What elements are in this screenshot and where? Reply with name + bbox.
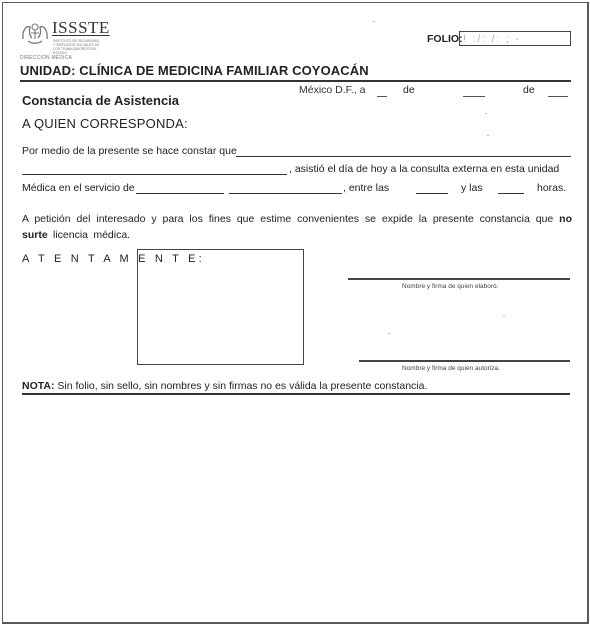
month-blank[interactable]: [463, 96, 485, 97]
body-line-3-ylas: y las: [461, 182, 483, 194]
day-blank[interactable]: [377, 96, 387, 97]
body-line-2: , asistió el día de hoy a la consulta ex…: [289, 163, 559, 175]
issste-logo: ISSSTE INSTITUTO DE SEGURIDAD Y SERVICIO…: [20, 17, 130, 57]
paragraph-end: licencia médica.: [48, 229, 130, 241]
body-line-3-start: Médica en el servicio de: [22, 182, 135, 194]
paragraph-start: A petición del interesado y para los fin…: [22, 213, 559, 225]
prepared-by-signature-line[interactable]: [348, 278, 570, 280]
date-de-2: de: [523, 84, 535, 96]
note-divider: [22, 393, 570, 395]
patient-name-blank-continued[interactable]: [22, 174, 287, 175]
note-label: NOTA:: [22, 380, 54, 392]
document-title: Constancia de Asistencia: [22, 93, 179, 108]
institution-name: ISSSTE: [52, 18, 110, 38]
request-paragraph: A petición del interesado y para los fin…: [22, 211, 572, 243]
body-line-1: Por medio de la presente se hace constar…: [22, 145, 237, 157]
body-line-3-horas: horas.: [537, 182, 566, 194]
date-de-1: de: [403, 84, 415, 96]
prepared-by-label: Nombre y firma de quien elaboró.: [402, 283, 498, 290]
folio-label: FOLIO:: [427, 33, 463, 45]
unit-heading: UNIDAD: CLÍNICA DE MEDICINA FAMILIAR COY…: [20, 63, 369, 78]
issste-hands-emblem-icon: [20, 19, 50, 45]
place-date-label: México D.F., a: [299, 84, 366, 96]
patient-name-blank[interactable]: [236, 156, 571, 157]
start-time-blank[interactable]: [416, 193, 448, 194]
service-blank[interactable]: [136, 193, 224, 194]
scan-speck: [373, 21, 375, 22]
authorized-by-signature-line[interactable]: [359, 360, 570, 362]
stamp-box: [137, 249, 304, 365]
salutation: A QUIEN CORRESPONDA:: [22, 116, 188, 131]
authorized-by-label: Nombre y firma de quien autoriza.: [402, 365, 500, 372]
document-page: ISSSTE INSTITUTO DE SEGURIDAD Y SERVICIO…: [2, 2, 589, 624]
end-time-blank[interactable]: [498, 193, 524, 194]
scan-speck: [485, 113, 487, 114]
scan-speck: [503, 315, 505, 316]
scan-speck: [388, 333, 390, 334]
year-blank[interactable]: [548, 96, 568, 97]
department-name: DIRECCIÓN MÉDICA: [20, 55, 72, 61]
note-text: Sin folio, sin sello, sin nombres y sin …: [54, 380, 427, 392]
validity-note: NOTA: Sin folio, sin sello, sin nombres …: [22, 380, 427, 392]
scan-speck: [487, 135, 489, 136]
institution-subtitle: INSTITUTO DE SEGURIDAD Y SERVICIOS SOCIA…: [53, 39, 101, 55]
folio-field[interactable]: ! :/: /: ; -: [459, 31, 571, 46]
service-blank-2[interactable]: [229, 193, 342, 194]
body-line-3-entre: , entre las: [343, 182, 389, 194]
header-divider: [20, 80, 571, 82]
